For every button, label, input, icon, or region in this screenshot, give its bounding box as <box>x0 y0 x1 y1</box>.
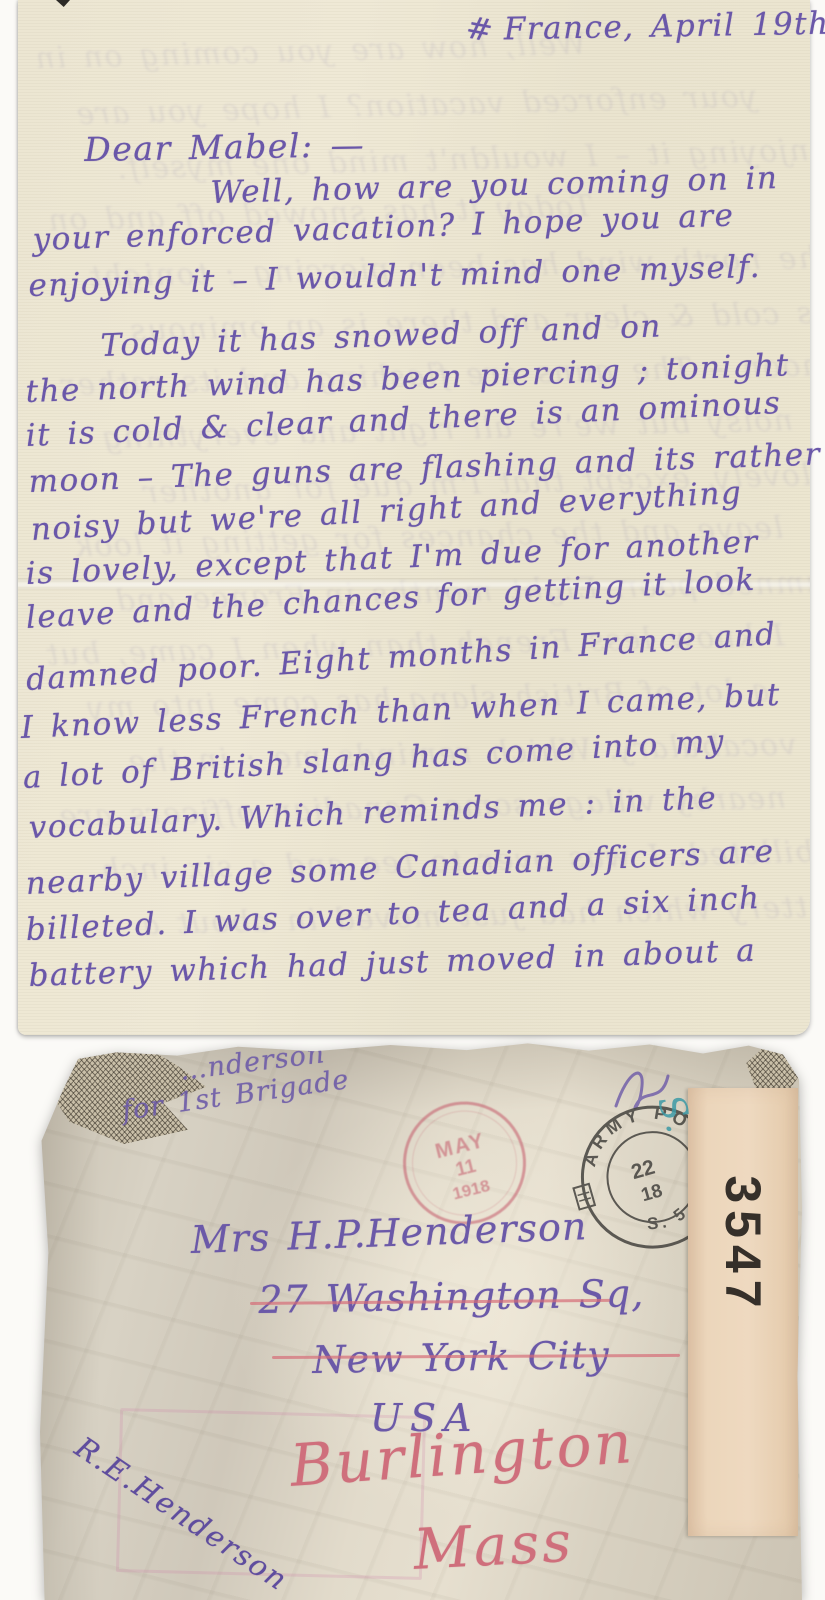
letter-salutation: Dear Mabel: — <box>84 125 365 169</box>
letter-line: enjoying it – I wouldn't mind one myself… <box>28 249 761 304</box>
svg-text:S. 5: S. 5 <box>642 1200 694 1237</box>
army-postmark-day: 22 <box>629 1156 658 1185</box>
red-postmark-year: 1918 <box>451 1176 492 1204</box>
scan-page: { "letter": { "date_scratch": "#", "date… <box>0 0 825 1600</box>
address-line-street: 27 Washington Sq, <box>258 1271 645 1322</box>
dateline-text: France, April 19th '18 <box>503 4 825 47</box>
letter-line: your enforced vacation? I hope you are <box>32 197 735 257</box>
army-postmark-year: 18 <box>639 1180 665 1206</box>
paper-notch <box>56 0 70 7</box>
red-postmark-month: MAY <box>433 1129 488 1164</box>
censor-number: 3547 <box>714 1165 772 1325</box>
address-line-name: Mrs H.P.Henderson <box>190 1204 588 1262</box>
ghost-line: your enforced vacation? I hope you are <box>75 79 758 132</box>
letter-sheet: Well, how are you coming on inyour enfor… <box>18 0 810 1035</box>
red-postmark-day: 11 <box>454 1156 479 1181</box>
army-postmark-arc-bottom: S. 5 <box>642 1200 694 1237</box>
envelope-body: …nderson for 1st Brigade MAY 11 1918 <box>40 1040 802 1600</box>
ink-scratch: # <box>463 9 497 50</box>
envelope: …nderson for 1st Brigade MAY 11 1918 <box>40 1040 802 1600</box>
censor-tape: 3547 <box>688 1088 798 1536</box>
forward-line-state: Mass <box>412 1510 575 1583</box>
letter-dateline: #France, April 19th '18 <box>466 4 825 48</box>
